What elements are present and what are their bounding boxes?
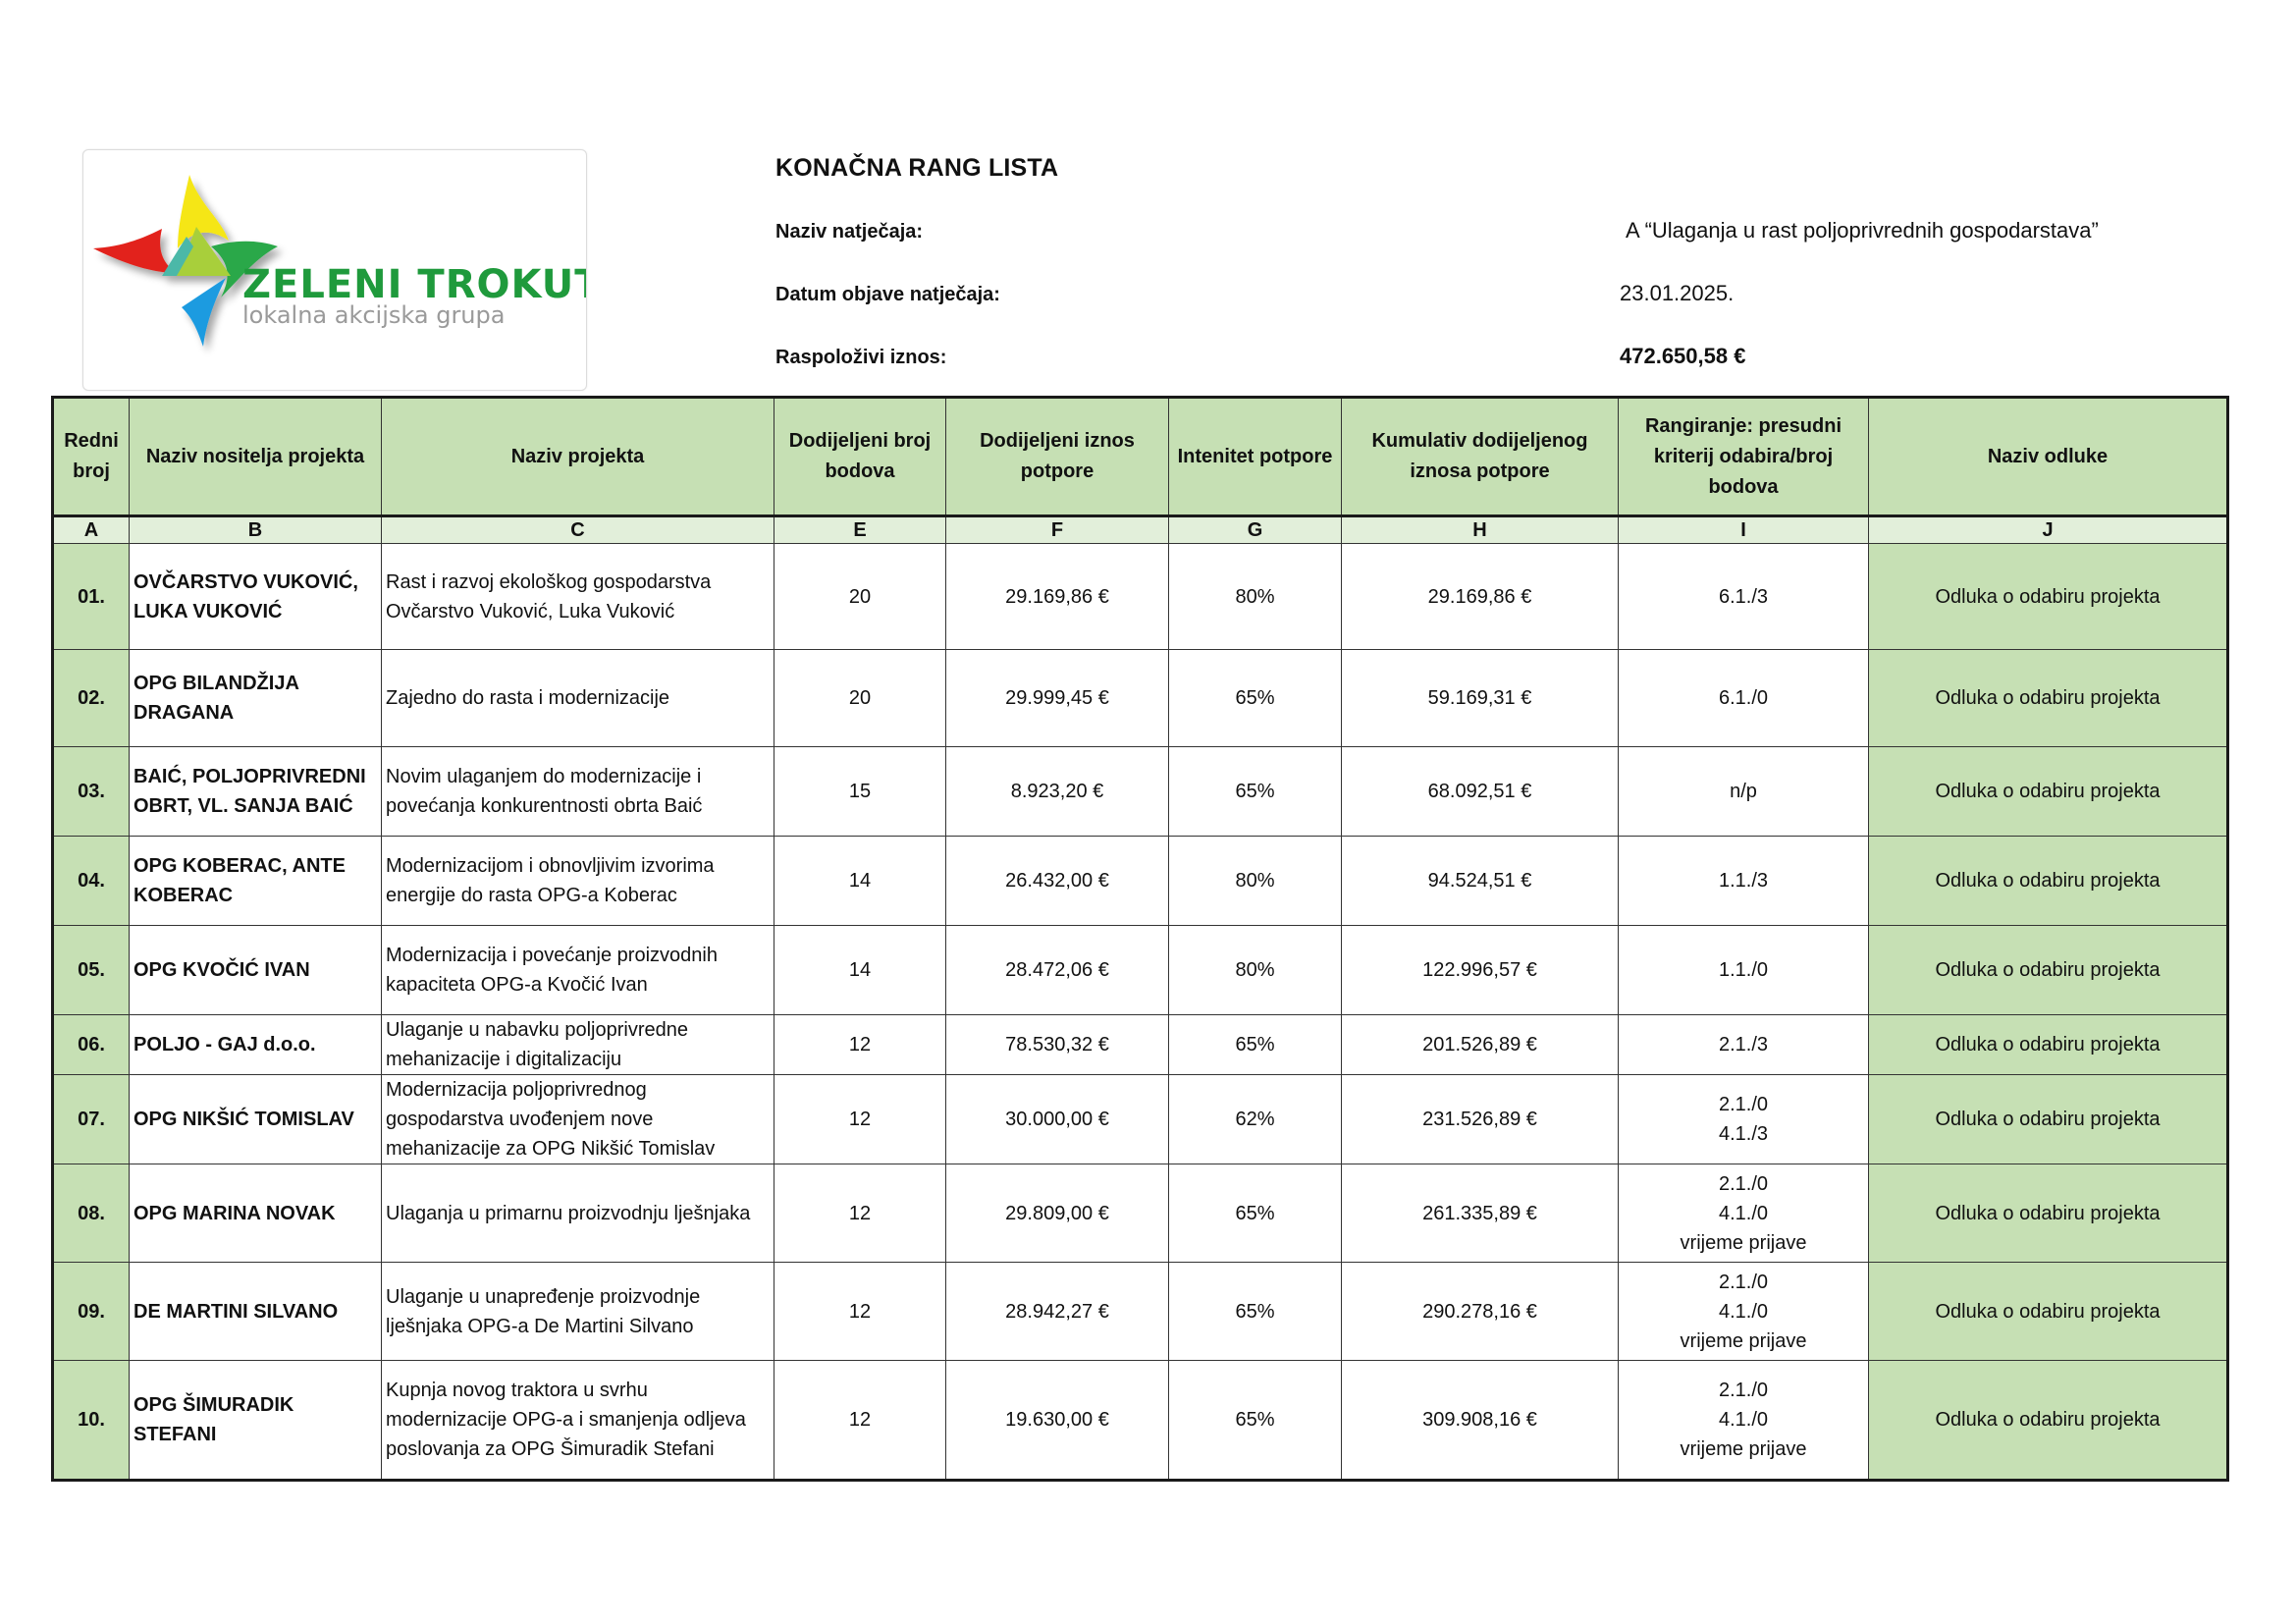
rangiranje-cell: 2.1./04.1./3 — [1619, 1075, 1869, 1164]
odluka-cell: Odluka o odabiru projekta — [1869, 1164, 2228, 1263]
column-letter-row: A B C E F G H I J — [53, 516, 2228, 544]
bodovi-cell: 12 — [774, 1263, 946, 1361]
bodovi-cell: 12 — [774, 1015, 946, 1075]
projekt-cell: Modernizacijom i obnovljivim izvorima en… — [382, 837, 774, 926]
kumulativ-cell: 59.169,31 € — [1342, 650, 1619, 747]
table-row: 09.DE MARTINI SILVANOUlaganje u unapređe… — [53, 1263, 2228, 1361]
rangiranje-line: 2.1./0 — [1623, 1169, 1864, 1199]
column-header-intenzitet: Intenitet potpore — [1169, 398, 1342, 516]
iznos-cell: 30.000,00 € — [946, 1075, 1169, 1164]
bodovi-cell: 15 — [774, 747, 946, 837]
intenzitet-cell: 65% — [1169, 747, 1342, 837]
bodovi-cell: 20 — [774, 650, 946, 747]
rangiranje-line: n/p — [1623, 777, 1864, 806]
table-header-row: Redni broj Naziv nositelja projekta Nazi… — [53, 398, 2228, 516]
nositelj-cell: OPG KVOČIĆ IVAN — [130, 926, 382, 1015]
nositelj-cell: OPG BILANDŽIJA DRAGANA — [130, 650, 382, 747]
iznos-cell: 29.999,45 € — [946, 650, 1169, 747]
odluka-cell: Odluka o odabiru projekta — [1869, 837, 2228, 926]
iznos-cell: 78.530,32 € — [946, 1015, 1169, 1075]
odluka-cell: Odluka o odabiru projekta — [1869, 1075, 2228, 1164]
table-row: 02.OPG BILANDŽIJA DRAGANAZajedno do rast… — [53, 650, 2228, 747]
intenzitet-cell: 80% — [1169, 926, 1342, 1015]
table-row: 08.OPG MARINA NOVAKUlaganja u primarnu p… — [53, 1164, 2228, 1263]
column-letter: A — [53, 516, 130, 544]
column-header-odluka: Naziv odluke — [1869, 398, 2228, 516]
redni-broj-cell: 10. — [53, 1361, 130, 1481]
rangiranje-line: vrijeme prijave — [1623, 1435, 1864, 1464]
available-amount-value: 472.650,58 € — [1620, 344, 1745, 369]
kumulativ-cell: 261.335,89 € — [1342, 1164, 1619, 1263]
projekt-cell: Ulaganje u unapređenje proizvodnje lješn… — [382, 1263, 774, 1361]
zeleni-trokut-logo-icon: ZELENI TROKUT lokalna akcijska grupa — [83, 150, 586, 390]
nositelj-cell: OPG MARINA NOVAK — [130, 1164, 382, 1263]
rangiranje-cell: 2.1./3 — [1619, 1015, 1869, 1075]
nositelj-cell: OPG NIKŠIĆ TOMISLAV — [130, 1075, 382, 1164]
available-amount-label: Raspoloživi iznos: — [775, 347, 946, 369]
competition-name-value: A “Ulaganja u rast poljoprivrednih gospo… — [1626, 218, 2099, 244]
nositelj-cell: OVČARSTVO VUKOVIĆ, LUKA VUKOVIĆ — [130, 544, 382, 650]
column-letter: C — [382, 516, 774, 544]
organization-logo: ZELENI TROKUT lokalna akcijska grupa — [82, 149, 587, 391]
table-row: 03.BAIĆ, POLJOPRIVREDNI OBRT, VL. SANJA … — [53, 747, 2228, 837]
projekt-cell: Modernizacija poljoprivrednog gospodarst… — [382, 1075, 774, 1164]
intenzitet-cell: 80% — [1169, 837, 1342, 926]
iznos-cell: 26.432,00 € — [946, 837, 1169, 926]
iznos-cell: 28.472,06 € — [946, 926, 1169, 1015]
rangiranje-cell: 2.1./04.1./0vrijeme prijave — [1619, 1263, 1869, 1361]
rangiranje-line: vrijeme prijave — [1623, 1228, 1864, 1258]
redni-broj-cell: 07. — [53, 1075, 130, 1164]
odluka-cell: Odluka o odabiru projekta — [1869, 650, 2228, 747]
iznos-cell: 28.942,27 € — [946, 1263, 1169, 1361]
bodovi-cell: 12 — [774, 1164, 946, 1263]
table-row: 04.OPG KOBERAC, ANTE KOBERACModernizacij… — [53, 837, 2228, 926]
redni-broj-cell: 03. — [53, 747, 130, 837]
odluka-cell: Odluka o odabiru projekta — [1869, 926, 2228, 1015]
svg-text:lokalna akcijska grupa: lokalna akcijska grupa — [242, 301, 505, 329]
iznos-cell: 19.630,00 € — [946, 1361, 1169, 1481]
redni-broj-cell: 09. — [53, 1263, 130, 1361]
kumulativ-cell: 231.526,89 € — [1342, 1075, 1619, 1164]
redni-broj-cell: 02. — [53, 650, 130, 747]
redni-broj-cell: 06. — [53, 1015, 130, 1075]
bodovi-cell: 14 — [774, 926, 946, 1015]
intenzitet-cell: 62% — [1169, 1075, 1342, 1164]
column-header-projekt: Naziv projekta — [382, 398, 774, 516]
table-row: 01.OVČARSTVO VUKOVIĆ, LUKA VUKOVIĆRast i… — [53, 544, 2228, 650]
odluka-cell: Odluka o odabiru projekta — [1869, 1263, 2228, 1361]
rangiranje-line: 2.1./0 — [1623, 1268, 1864, 1297]
column-header-kumulativ: Kumulativ dodijeljenog iznosa potpore — [1342, 398, 1619, 516]
iznos-cell: 29.809,00 € — [946, 1164, 1169, 1263]
rangiranje-cell: 6.1./0 — [1619, 650, 1869, 747]
rangiranje-line: 4.1./3 — [1623, 1119, 1864, 1149]
bodovi-cell: 14 — [774, 837, 946, 926]
ranking-table: Redni broj Naziv nositelja projekta Nazi… — [51, 396, 2229, 1482]
table-row: 05.OPG KVOČIĆ IVANModernizacija i poveća… — [53, 926, 2228, 1015]
page-title: KONAČNA RANG LISTA — [775, 154, 1058, 183]
intenzitet-cell: 65% — [1169, 650, 1342, 747]
column-letter: F — [946, 516, 1169, 544]
rangiranje-cell: 2.1./04.1./0vrijeme prijave — [1619, 1361, 1869, 1481]
intenzitet-cell: 65% — [1169, 1263, 1342, 1361]
rangiranje-line: 1.1./0 — [1623, 955, 1864, 985]
projekt-cell: Ulaganje u nabavku poljoprivredne mehani… — [382, 1015, 774, 1075]
nositelj-cell: BAIĆ, POLJOPRIVREDNI OBRT, VL. SANJA BAI… — [130, 747, 382, 837]
column-letter: B — [130, 516, 382, 544]
redni-broj-cell: 08. — [53, 1164, 130, 1263]
redni-broj-cell: 04. — [53, 837, 130, 926]
table-row: 06.POLJO - GAJ d.o.o.Ulaganje u nabavku … — [53, 1015, 2228, 1075]
competition-name-label: Naziv natječaja: — [775, 221, 923, 244]
rangiranje-line: vrijeme prijave — [1623, 1326, 1864, 1356]
column-header-redni-broj: Redni broj — [53, 398, 130, 516]
rangiranje-line: 6.1./3 — [1623, 582, 1864, 612]
table-row: 10.OPG ŠIMURADIK STEFANIKupnja novog tra… — [53, 1361, 2228, 1481]
redni-broj-cell: 01. — [53, 544, 130, 650]
nositelj-cell: POLJO - GAJ d.o.o. — [130, 1015, 382, 1075]
projekt-cell: Novim ulaganjem do modernizacije i poveć… — [382, 747, 774, 837]
bodovi-cell: 12 — [774, 1361, 946, 1481]
column-header-iznos: Dodijeljeni iznos potpore — [946, 398, 1169, 516]
odluka-cell: Odluka o odabiru projekta — [1869, 1015, 2228, 1075]
column-letter: I — [1619, 516, 1869, 544]
rangiranje-line: 2.1./3 — [1623, 1030, 1864, 1059]
odluka-cell: Odluka o odabiru projekta — [1869, 1361, 2228, 1481]
rangiranje-line: 4.1./0 — [1623, 1297, 1864, 1326]
bodovi-cell: 12 — [774, 1075, 946, 1164]
nositelj-cell: OPG KOBERAC, ANTE KOBERAC — [130, 837, 382, 926]
rangiranje-line: 2.1./0 — [1623, 1090, 1864, 1119]
intenzitet-cell: 65% — [1169, 1361, 1342, 1481]
kumulativ-cell: 290.278,16 € — [1342, 1263, 1619, 1361]
column-header-bodovi: Dodijeljeni broj bodova — [774, 398, 946, 516]
bodovi-cell: 20 — [774, 544, 946, 650]
publish-date-label: Datum objave natječaja: — [775, 284, 1000, 306]
publish-date-value: 23.01.2025. — [1620, 281, 1734, 306]
column-letter: H — [1342, 516, 1619, 544]
rangiranje-cell: 2.1./04.1./0vrijeme prijave — [1619, 1164, 1869, 1263]
rangiranje-line: 2.1./0 — [1623, 1376, 1864, 1405]
rangiranje-line: 6.1./0 — [1623, 683, 1864, 713]
intenzitet-cell: 80% — [1169, 544, 1342, 650]
column-header-rangiranje: Rangiranje: presudni kriterij odabira/br… — [1619, 398, 1869, 516]
rangiranje-line: 1.1./3 — [1623, 866, 1864, 895]
column-letter: E — [774, 516, 946, 544]
rangiranje-line: 4.1./0 — [1623, 1405, 1864, 1435]
iznos-cell: 29.169,86 € — [946, 544, 1169, 650]
rangiranje-cell: 1.1./0 — [1619, 926, 1869, 1015]
iznos-cell: 8.923,20 € — [946, 747, 1169, 837]
intenzitet-cell: 65% — [1169, 1164, 1342, 1263]
column-letter: J — [1869, 516, 2228, 544]
projekt-cell: Ulaganja u primarnu proizvodnju lješnjak… — [382, 1164, 774, 1263]
kumulativ-cell: 201.526,89 € — [1342, 1015, 1619, 1075]
projekt-cell: Zajedno do rasta i modernizacije — [382, 650, 774, 747]
kumulativ-cell: 68.092,51 € — [1342, 747, 1619, 837]
rangiranje-cell: 1.1./3 — [1619, 837, 1869, 926]
projekt-cell: Kupnja novog traktora u svrhu modernizac… — [382, 1361, 774, 1481]
odluka-cell: Odluka o odabiru projekta — [1869, 544, 2228, 650]
column-letter: G — [1169, 516, 1342, 544]
nositelj-cell: OPG ŠIMURADIK STEFANI — [130, 1361, 382, 1481]
odluka-cell: Odluka o odabiru projekta — [1869, 747, 2228, 837]
projekt-cell: Rast i razvoj ekološkog gospodarstva Ovč… — [382, 544, 774, 650]
kumulativ-cell: 94.524,51 € — [1342, 837, 1619, 926]
projekt-cell: Modernizacija i povećanje proizvodnih ka… — [382, 926, 774, 1015]
intenzitet-cell: 65% — [1169, 1015, 1342, 1075]
kumulativ-cell: 309.908,16 € — [1342, 1361, 1619, 1481]
table-row: 07.OPG NIKŠIĆ TOMISLAVModernizacija polj… — [53, 1075, 2228, 1164]
rangiranje-line: 4.1./0 — [1623, 1199, 1864, 1228]
rangiranje-cell: n/p — [1619, 747, 1869, 837]
column-header-nositelj: Naziv nositelja projekta — [130, 398, 382, 516]
nositelj-cell: DE MARTINI SILVANO — [130, 1263, 382, 1361]
redni-broj-cell: 05. — [53, 926, 130, 1015]
kumulativ-cell: 29.169,86 € — [1342, 544, 1619, 650]
kumulativ-cell: 122.996,57 € — [1342, 926, 1619, 1015]
rangiranje-cell: 6.1./3 — [1619, 544, 1869, 650]
